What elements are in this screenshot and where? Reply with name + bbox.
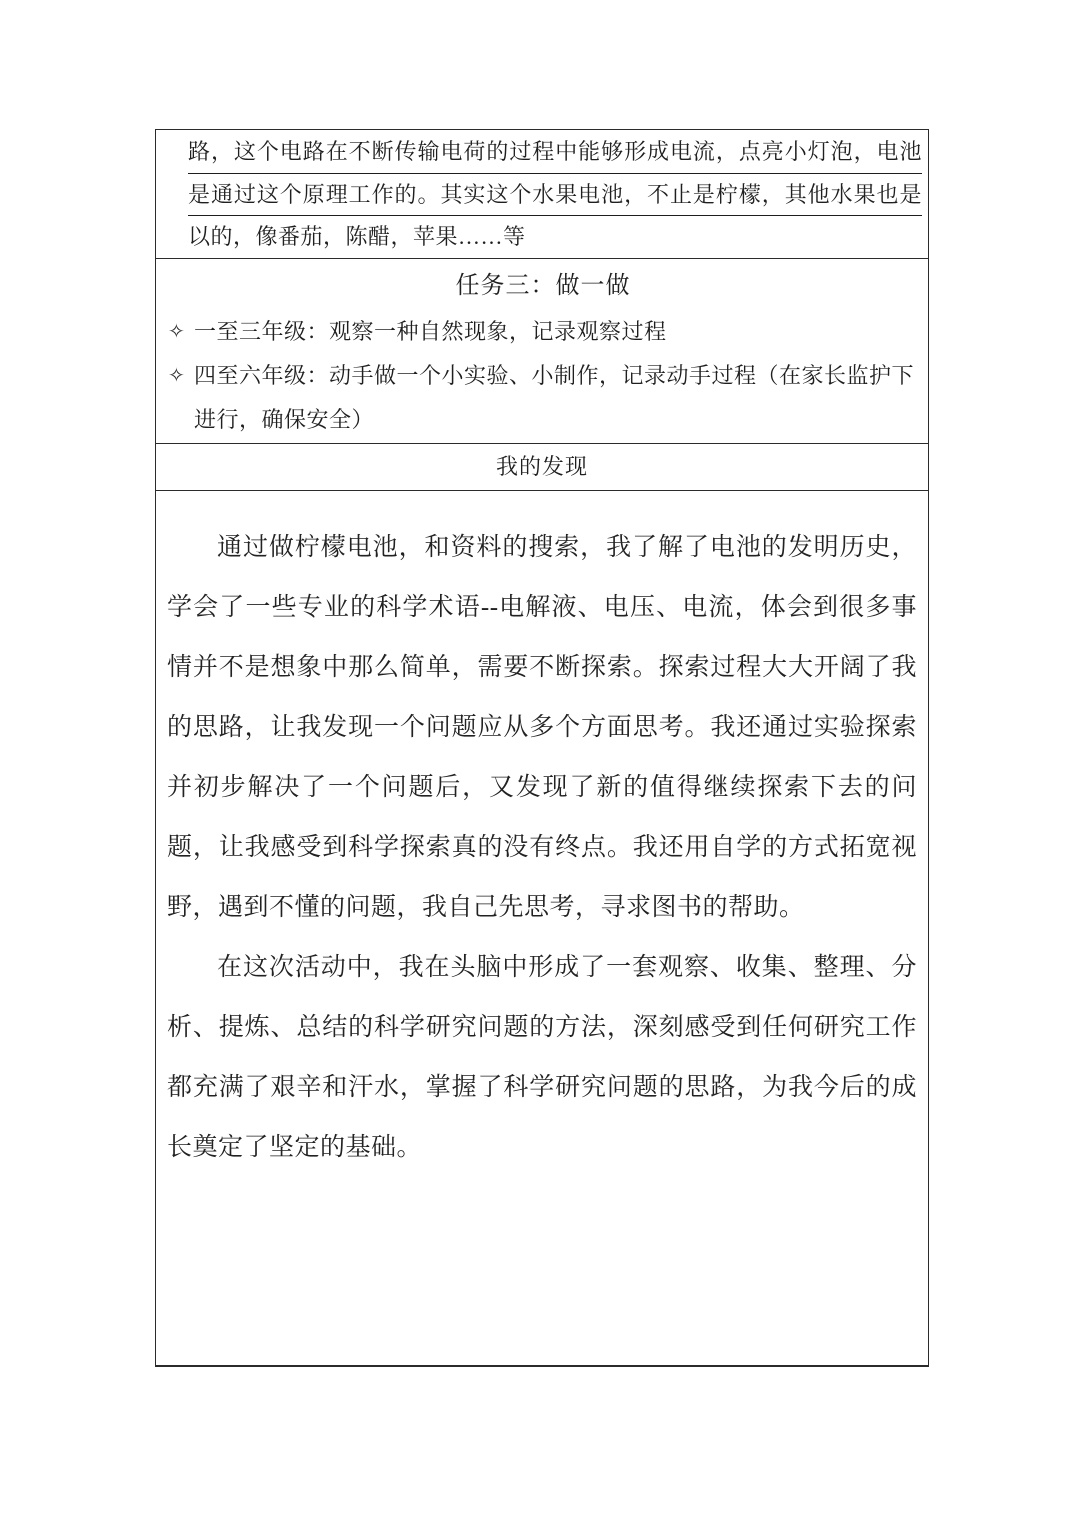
findings-paragraph: 通过做柠檬电池，和资料的搜索，我了解了电池的发明历史，学会了一些专业的科学术语-… [167, 518, 917, 938]
findings-header: 我的发现 [156, 444, 928, 491]
task-item: ✧ 一至三年级：观察一种自然现象，记录观察过程 [168, 310, 918, 354]
task-cell: 任务三：做一做 ✧ 一至三年级：观察一种自然现象，记录观察过程 ✧ 四至六年级：… [156, 259, 928, 444]
findings-paragraph: 在这次活动中，我在头脑中形成了一套观察、收集、整理、分析、提炼、总结的科学研究问… [167, 938, 917, 1178]
continuation-line: 以的，像番茄，陈醋，苹果……等 [188, 216, 922, 259]
diamond-bullet-icon: ✧ [168, 310, 194, 354]
task-list: ✧ 一至三年级：观察一种自然现象，记录观察过程 ✧ 四至六年级：动手做一个小实验… [168, 310, 918, 442]
task-item: ✧ 四至六年级：动手做一个小实验、小制作，记录动手过程（在家长监护下进行，确保安… [168, 354, 918, 442]
content-table: 路，这个电路在不断传输电荷的过程中能够形成电流，点亮小灯泡，电池就 是通过这个原… [155, 129, 929, 1367]
findings-body: 通过做柠檬电池，和资料的搜索，我了解了电池的发明历史，学会了一些专业的科学术语-… [156, 491, 928, 1365]
continuation-line: 路，这个电路在不断传输电荷的过程中能够形成电流，点亮小灯泡，电池就 [188, 131, 922, 174]
task-item-label: 一至三年级：观察一种自然现象，记录观察过程 [194, 310, 918, 354]
task-item-label: 四至六年级：动手做一个小实验、小制作，记录动手过程（在家长监护下进行，确保安全） [194, 354, 918, 442]
continuation-cell: 路，这个电路在不断传输电荷的过程中能够形成电流，点亮小灯泡，电池就 是通过这个原… [156, 130, 928, 259]
document-page: 路，这个电路在不断传输电荷的过程中能够形成电流，点亮小灯泡，电池就 是通过这个原… [0, 0, 1080, 1527]
task-title: 任务三：做一做 [168, 264, 918, 308]
diamond-bullet-icon: ✧ [168, 354, 194, 398]
continuation-line: 是通过这个原理工作的。其实这个水果电池，不止是柠檬，其他水果也是可 [188, 174, 922, 217]
